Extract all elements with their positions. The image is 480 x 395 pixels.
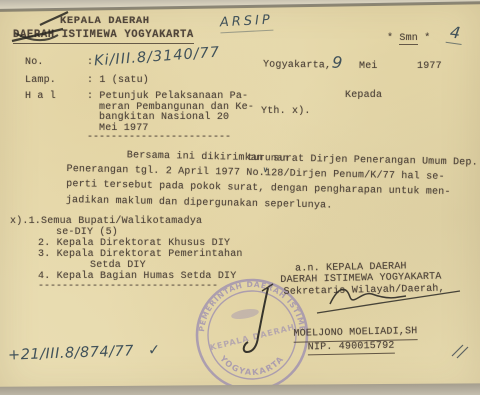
check-icon: ✓: [148, 342, 161, 358]
paper-edge-bottom: [0, 383, 480, 395]
bottom-note-text: +21/III.8/874/77: [8, 343, 135, 363]
hal-line-1: : Petunjuk Pelaksanaan Pa-: [87, 91, 248, 102]
dist-divider: ------------------------------: [38, 282, 243, 293]
dist-line-1: x).1.Semua Bupati/Walikotamadya: [10, 217, 243, 228]
date-month: Mei: [359, 61, 378, 72]
dist-line-5: Setda DIY: [90, 261, 243, 272]
scanned-letter: KEPALA DAERAH DAERAH ISTIMEWA YOGYAKARTA…: [0, 0, 480, 395]
date-day-handwritten: 9: [331, 53, 343, 73]
smn-number: 4: [446, 22, 465, 45]
body-line1-a: Bersama ini dikirimkan: [127, 150, 264, 164]
letterhead-line1: KEPALA DAERAH: [60, 15, 150, 27]
signature-block: a.n. KEPALA DAERAH DAERAH ISTIMEWA YOGYA…: [280, 260, 480, 356]
lamp-label: Lamp.: [25, 75, 56, 86]
date-city: Yogyakarta,: [263, 60, 331, 72]
no-colon: :: [87, 57, 93, 68]
ref-number-handwritten: Ki/III.8/3140/77: [94, 45, 221, 70]
no-label: No.: [25, 57, 44, 68]
sig-nip: NIP. 490015792: [308, 340, 395, 355]
kepada-label: Kepada: [345, 90, 382, 101]
hal-line-3: bangkitan Nasional 20: [99, 112, 229, 123]
distribution-list: x).1.Semua Bupati/Walikotamadya se-DIY (…: [10, 217, 243, 293]
hal-divider: ------------------------: [87, 132, 231, 143]
body-paragraph: Bersama ini dikirimkan∨turunansurat Dirj…: [66, 147, 471, 216]
letterhead-line2: DAERAH ISTIMEWA YOGYAKARTA: [13, 29, 194, 44]
smn-star-left: *: [387, 33, 393, 44]
smn-star-right: *: [424, 33, 430, 44]
inserted-word: turunan: [247, 150, 289, 166]
yth-label: Yth. x).: [261, 106, 311, 117]
date-year: 1977: [417, 61, 442, 72]
lamp-value: : 1 (satu): [87, 75, 149, 86]
sig-name: MOELJONO MOELIADI,SH: [293, 326, 417, 342]
hal-line-2: meran Pembangunan dan Ke-: [99, 102, 254, 113]
arsip-note: ARSIP: [220, 13, 274, 34]
smn-word: Smn: [399, 33, 418, 45]
dist-line-4: 3. Kepala Direktorat Pemerintahan: [38, 250, 243, 261]
bottom-left-note: +21/III.8/874/77✓: [8, 342, 161, 363]
hal-label: H a l: [25, 91, 56, 102]
smn-mark: * Smn *: [387, 33, 430, 44]
